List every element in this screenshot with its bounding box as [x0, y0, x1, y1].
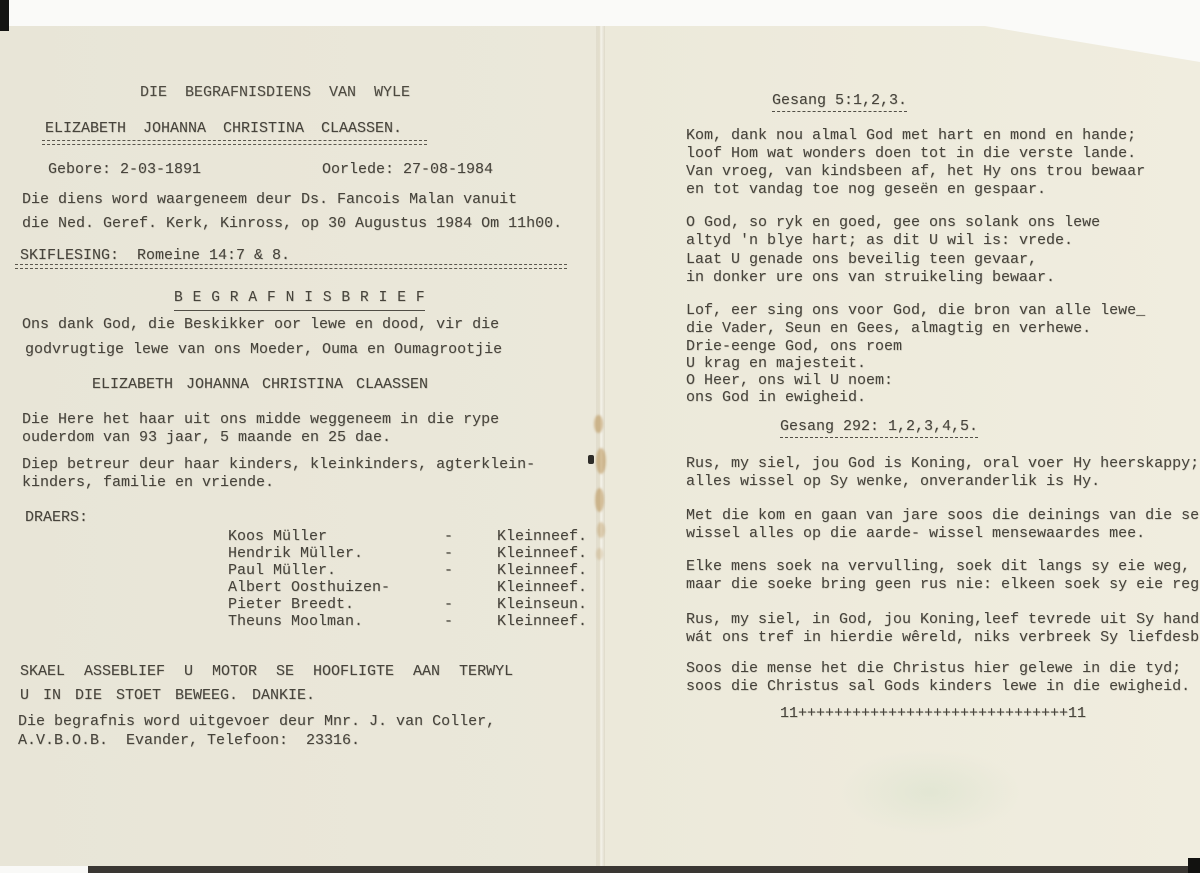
hymn1-s2-l1: O God, so ryk en goed, gee ons solank on… [686, 214, 1100, 231]
hymn1-s2-l4: in donker ure ons van struikeling bewaar… [686, 269, 1055, 286]
hymn1-s3-l1: Lof, eer sing ons voor God, die bron van… [686, 302, 1145, 319]
hymn2-s2-l2: wissel alles op die aarde- wissel mensew… [686, 525, 1145, 542]
scanned-funeral-program: DIE BEGRAFNISDIENS VAN WYLE ELIZABETH JO… [0, 0, 1200, 873]
hymn2-s1-l1: Rus, my siel, jou God is Koning, oral vo… [686, 455, 1199, 472]
hymn1-s2-l2: altyd 'n blye hart; as dit U wil is: vre… [686, 232, 1073, 249]
hymn1-s2-l3: Laat U genade ons beveilig teen gevaar, [686, 251, 1037, 268]
hymn1-heading: Gesang 5:1,2,3. [772, 92, 907, 112]
hymn1-s3-l4: U krag en majesteit. [686, 355, 866, 372]
hymn2-s5-l2: soos die Christus sal Gods kinders lewe … [686, 678, 1190, 695]
hymn1-s1-l2: loof Hom wat wonders doen tot in die ver… [686, 145, 1136, 162]
hymn2-s2-l1: Met die kom en gaan van jare soos die de… [686, 507, 1200, 524]
hymn2-heading: Gesang 292: 1,2,3,4,5. [780, 418, 978, 438]
hymn1-s3-l6: ons God in ewigheid. [686, 389, 866, 406]
hymn1-s3-l2: die Vader, Seun en Gees, almagtig en ver… [686, 320, 1091, 337]
hymn2-s4-l2: wát ons tref in hierdie wêreld, niks ver… [686, 629, 1200, 646]
hymn1-s1-l1: Kom, dank nou almal God met hart en mond… [686, 127, 1136, 144]
hymn2-s5-l1: Soos die mense het die Christus hier gel… [686, 660, 1181, 677]
hymn1-s1-l3: Van vroeg, van kindsbeen af, het Hy ons … [686, 163, 1145, 180]
hymn1-s1-l4: en tot vandag toe nog geseën en gespaar. [686, 181, 1046, 198]
page-number-footer: 11++++++++++++++++++++++++++++++11 [780, 705, 1086, 722]
hymn2-s1-l2: alles wissel op Sy wenke, onveranderlik … [686, 473, 1100, 490]
hymn1-s3-l3: Drie-eenge God, ons roem [686, 338, 902, 355]
hymn1-s3-l5: O Heer, ons wil U noem: [686, 372, 893, 389]
hymn2-s3-l2: maar die soeke bring geen rus nie: elkee… [686, 576, 1200, 593]
hymn2-s4-l1: Rus, my siel, in God, jou Koning,leef te… [686, 611, 1200, 628]
hymn2-s3-l1: Elke mens soek na vervulling, soek dit l… [686, 558, 1190, 575]
right-page-content: Gesang 5:1,2,3. Kom, dank nou almal God … [0, 0, 1200, 873]
